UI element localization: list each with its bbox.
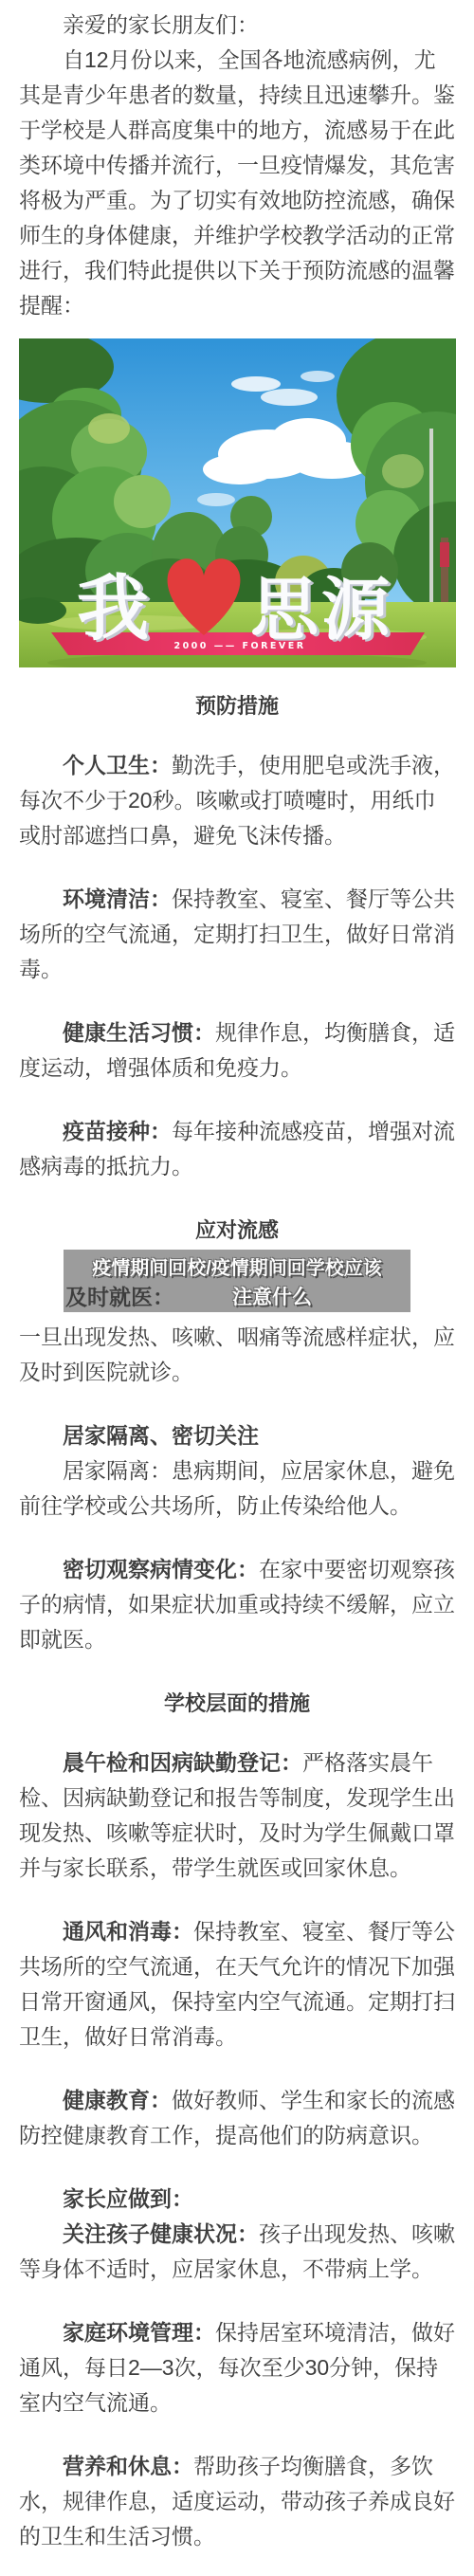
paragraph-lead: 营养和休息： bbox=[63, 2454, 193, 2478]
paragraph-lead: 健康教育： bbox=[63, 2088, 172, 2112]
paragraph-lead: 个人卫生： bbox=[63, 753, 172, 777]
paragraph-text: 一旦出现发热、咳嗽、咽痛等流感样症状，应及时到医院就诊。 bbox=[19, 1325, 455, 1384]
paragraph-lead: 晨午检和因病缺勤登记： bbox=[63, 1750, 302, 1775]
watermark-caption-box: 疫情期间回校/疫情期间回学校应该 及时就医： 注意什么 bbox=[64, 1250, 410, 1312]
paragraph-lead: 关注孩子健康状况： bbox=[63, 2221, 259, 2246]
paragraph-text: 居家隔离：患病期间，应居家休息，避免前往学校或公共场所，防止传染给他人。 bbox=[19, 1458, 455, 1518]
subhead-parents-should-do: 家长应做到： bbox=[19, 2182, 455, 2217]
lamp-pole bbox=[429, 429, 433, 618]
notice-page: 亲爱的家长朋友们： 自12月份以来，全国各地流感病例，尤其是青少年患者的数量，持… bbox=[0, 0, 474, 2576]
paragraph-lead: 环境清洁： bbox=[63, 886, 172, 911]
paragraph-lead: 家庭环境管理： bbox=[63, 2320, 215, 2345]
paragraph-lead: 健康生活习惯： bbox=[63, 1020, 215, 1045]
paragraph-health-education: 健康教育：做好教师、学生和家长的流感防控健康教育工作，提高他们的防病意识。 bbox=[19, 2083, 455, 2153]
section-heading-respond: 应对流感 bbox=[19, 1213, 455, 1248]
paragraph-home-environment: 家庭环境管理：保持居室环境清洁，做好通风，每日2—3次，每次至少30分钟，保持室… bbox=[19, 2315, 455, 2421]
paragraph-ventilation-disinfection: 通风和消毒：保持教室、寝室、餐厅等公共场所的空气流通，在天气允许的情况下加强日常… bbox=[19, 1914, 455, 2055]
greeting: 亲爱的家长朋友们： bbox=[19, 8, 455, 43]
paragraph-lead: 通风和消毒： bbox=[63, 1919, 193, 1944]
paragraph-personal-hygiene: 个人卫生：勤洗手，使用肥皂或洗手液，每次不少于20秒。咳嗽或打喷嚏时，用纸巾或肘… bbox=[19, 748, 455, 853]
paragraph-nutrition-rest: 营养和休息：帮助孩子均衡膳食，多饮水，规律作息，适度运动，带动孩子养成良好的卫生… bbox=[19, 2449, 455, 2554]
intro-paragraph: 自12月份以来，全国各地流感病例，尤其是青少年患者的数量，持续且迅速攀升。鉴于学… bbox=[19, 43, 455, 323]
paragraph-healthy-habits: 健康生活习惯：规律作息，均衡膳食，适度运动，增强体质和免疫力。 bbox=[19, 1015, 455, 1086]
section-heading-school: 学校层面的措施 bbox=[19, 1686, 455, 1721]
sign-left-text: 我 bbox=[77, 566, 149, 650]
watermark-caption-line2: 注意什么 bbox=[232, 1283, 312, 1312]
sign-right-text: 思源 bbox=[250, 570, 392, 649]
paragraph-lead: 密切观察病情变化： bbox=[63, 1557, 259, 1581]
paragraph-vaccination: 疫苗接种：每年接种流感疫苗，增强对流感病毒的抵抗力。 bbox=[19, 1114, 455, 1184]
paragraph-morning-check: 晨午检和因病缺勤登记：严格落实晨午检、因病缺勤登记和报告等制度，发现学生出现发热… bbox=[19, 1745, 455, 1886]
paragraph-home-isolation: 居家隔离：患病期间，应居家休息，避免前往学校或公共场所，防止传染给他人。 bbox=[19, 1453, 455, 1524]
paragraph-observe-condition: 密切观察病情变化：在家中要密切观察孩子的病情，如果症状加重或持续不缓解，应立即就… bbox=[19, 1552, 455, 1657]
watermark-caption-row2: 及时就医： 注意什么 bbox=[64, 1283, 410, 1312]
paragraph-seek-care: 一旦出现发热、咳嗽、咽痛等流感样症状，应及时到医院就诊。 bbox=[19, 1320, 455, 1390]
article: 亲爱的家长朋友们： 自12月份以来，全国各地流感病例，尤其是青少年患者的数量，持… bbox=[0, 8, 474, 2554]
paragraph-child-health: 关注孩子健康状况：孩子出现发热、咳嗽等身体不适时，应居家休息，不带病上学。 bbox=[19, 2217, 455, 2287]
seek-care-lead: 及时就医： bbox=[65, 1283, 174, 1312]
paragraph-environment-cleaning: 环境清洁：保持教室、寝室、餐厅等公共场所的空气流通，定期打扫卫生，做好日常消毒。 bbox=[19, 882, 455, 987]
subhead-home-isolation: 居家隔离、密切关注 bbox=[19, 1418, 455, 1453]
campus-photo: 2000 —— FOREVER 我 我 思源 思源 bbox=[19, 338, 456, 667]
watermark-caption-line1: 疫情期间回校/疫情期间回学校应该 bbox=[64, 1250, 410, 1283]
trunk-banner bbox=[440, 542, 449, 567]
paragraph-lead: 疫苗接种： bbox=[63, 1119, 172, 1143]
section-heading-prevention: 预防措施 bbox=[19, 688, 455, 723]
